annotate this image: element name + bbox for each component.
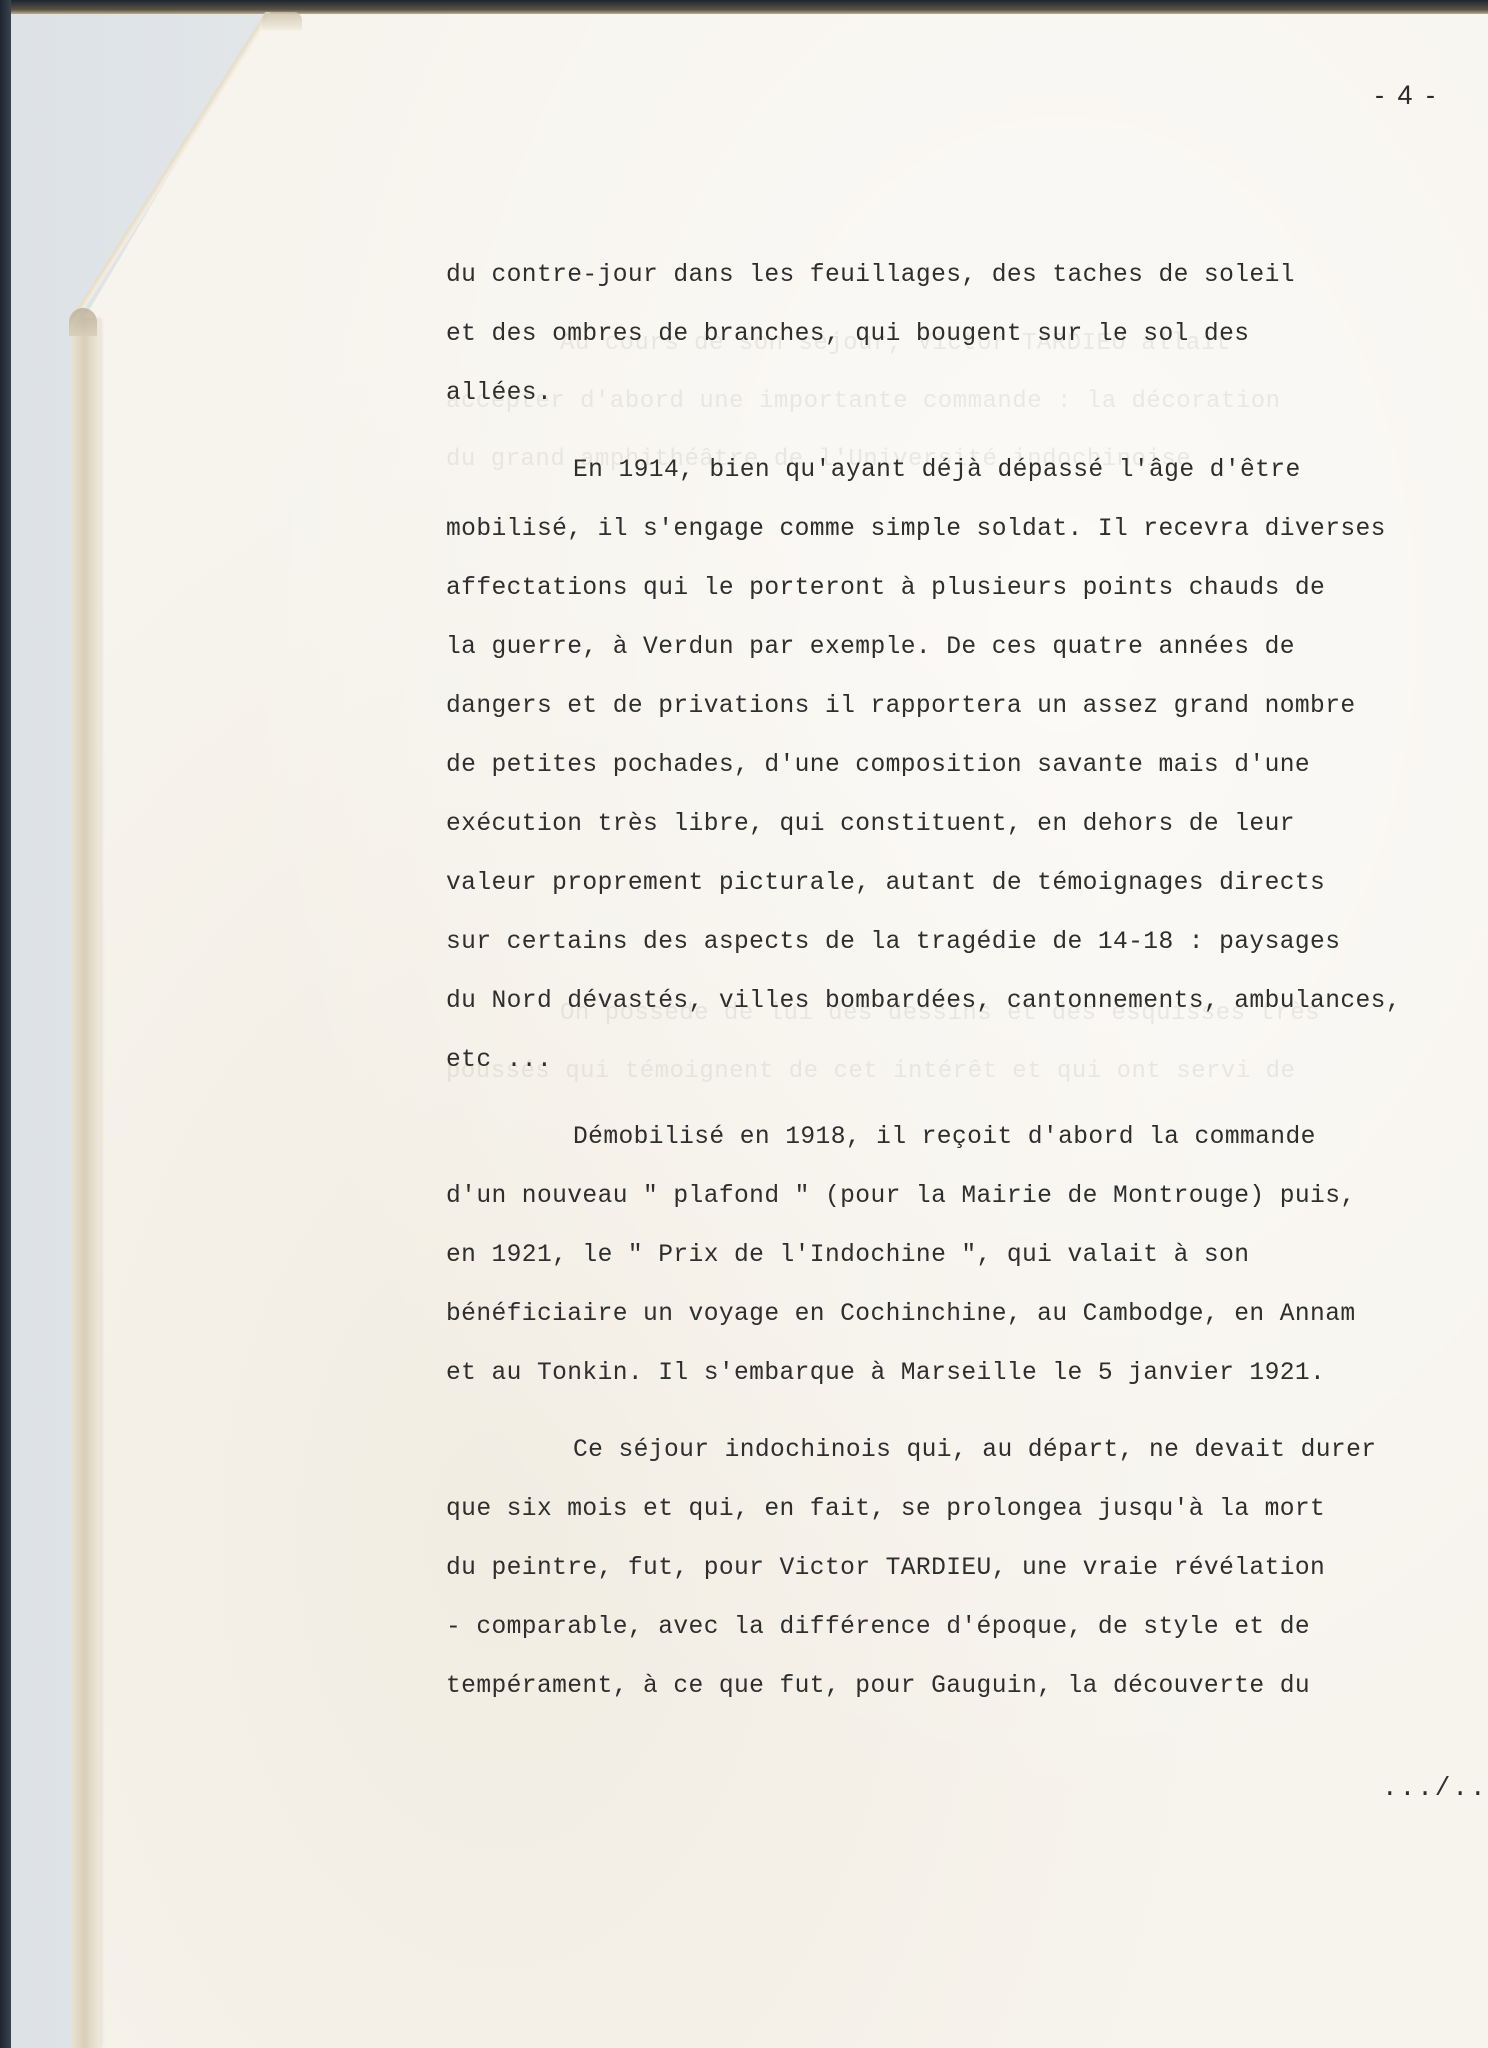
text-line: exécution très libre, qui constituent, e… xyxy=(446,795,1466,854)
text-line: affectations qui le porteront à plusieur… xyxy=(446,559,1466,618)
text-line: en 1921, le " Prix de l'Indochine ", qui… xyxy=(446,1226,1466,1285)
text-line: du contre-jour dans les feuillages, des … xyxy=(446,246,1466,305)
page-fold-strip xyxy=(72,318,100,2048)
text-line: bénéficiaire un voyage en Cochinchine, a… xyxy=(446,1285,1466,1344)
paragraph-gap xyxy=(446,1403,1466,1421)
text-line: allées. xyxy=(446,364,1466,423)
text-line: - comparable, avec la différence d'époqu… xyxy=(446,1598,1466,1657)
text-line: la guerre, à Verdun par exemple. De ces … xyxy=(446,618,1466,677)
folded-corner-curl-bottom xyxy=(69,308,97,336)
text-line: et au Tonkin. Il s'embarque à Marseille … xyxy=(446,1344,1466,1403)
folded-corner-curl-top xyxy=(262,12,302,30)
continuation-mark: .../... xyxy=(1382,1773,1488,1803)
text-line: etc ... xyxy=(446,1031,1466,1090)
text-line: dangers et de privations il rapportera u… xyxy=(446,677,1466,736)
text-line: et des ombres de branches, qui bougent s… xyxy=(446,305,1466,364)
text-line: En 1914, bien qu'ayant déjà dépassé l'âg… xyxy=(446,441,1466,500)
scanner-edge-top xyxy=(0,0,1488,14)
text-line: mobilisé, il s'engage comme simple solda… xyxy=(446,500,1466,559)
text-line: du Nord dévastés, villes bombardées, can… xyxy=(446,972,1466,1031)
text-line: valeur proprement picturale, autant de t… xyxy=(446,854,1466,913)
text-line: Ce séjour indochinois qui, au départ, ne… xyxy=(446,1421,1466,1480)
scanner-edge-left xyxy=(0,0,11,2048)
text-line: Démobilisé en 1918, il reçoit d'abord la… xyxy=(446,1108,1466,1167)
typed-body-text: du contre-jour dans les feuillages, des … xyxy=(446,246,1466,1716)
paragraph-gap xyxy=(446,423,1466,441)
text-line: tempérament, à ce que fut, pour Gauguin,… xyxy=(446,1657,1466,1716)
text-line: sur certains des aspects de la tragédie … xyxy=(446,913,1466,972)
text-line: d'un nouveau " plafond " (pour la Mairie… xyxy=(446,1167,1466,1226)
text-line: que six mois et qui, en fait, se prolong… xyxy=(446,1480,1466,1539)
text-line: de petites pochades, d'une composition s… xyxy=(446,736,1466,795)
page-number: - 4 - xyxy=(1375,80,1438,111)
paragraph-gap xyxy=(446,1090,1466,1108)
text-line: du peintre, fut, pour Victor TARDIEU, un… xyxy=(446,1539,1466,1598)
